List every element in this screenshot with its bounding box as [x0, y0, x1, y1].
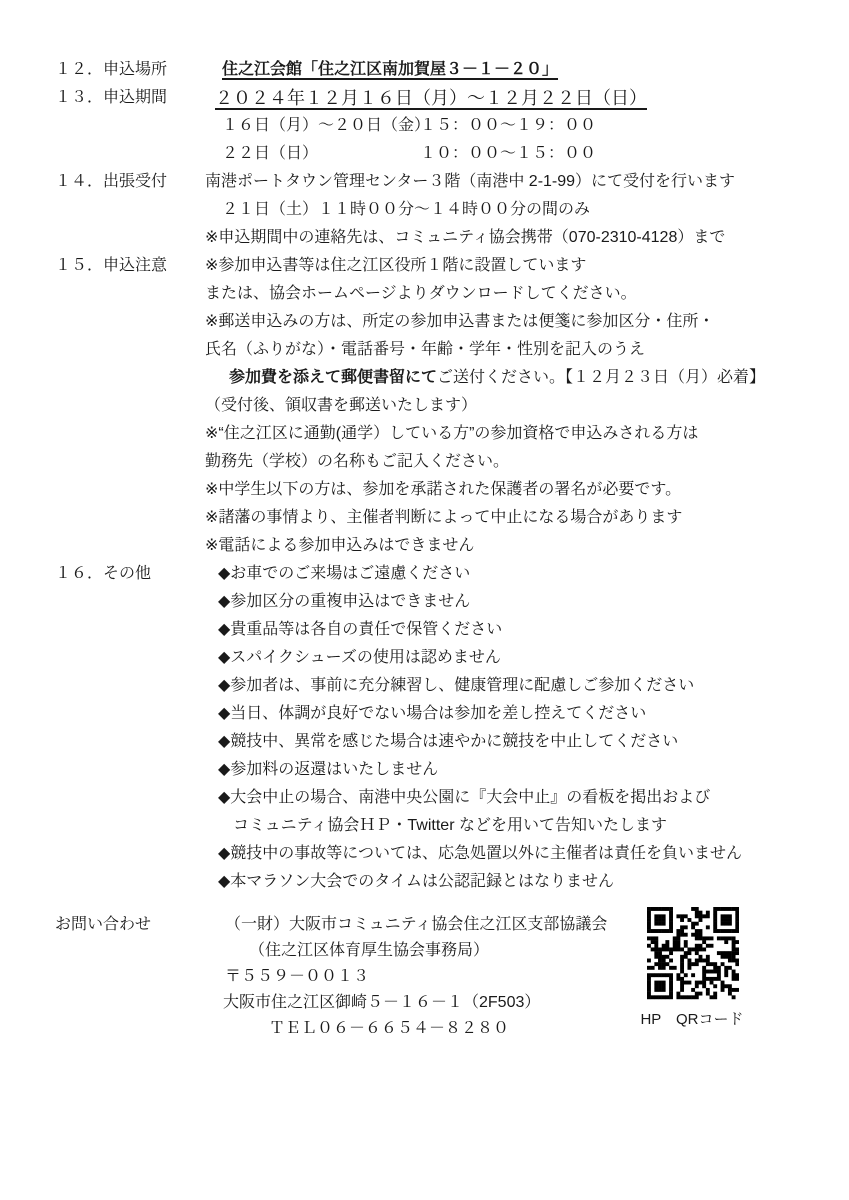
- text-segment: ◆参加者は、事前に充分練習し、健康管理に配慮しご参加ください: [218, 677, 694, 694]
- text-line: ◆参加区分の重複申込はできません: [205, 588, 819, 616]
- sections: １２．申込場所住之江会館「住之江区南加賀屋３－１－２０」１３．申込期間２０２４年…: [55, 56, 819, 896]
- text-line: または、協会ホームページよりダウンロードしてください。: [205, 280, 819, 308]
- text-line: 氏名（ふりがな）・電話番号・年齢・学年・性別を記入のうえ: [205, 336, 819, 364]
- qr-code-label: HP QRコード: [622, 1008, 762, 1029]
- text-line: ※諸藩の事情より、主催者判断によって中止になる場合があります: [205, 504, 819, 532]
- text-segment: コミュニティ協会ＨＰ・Twitter などを用いて告知いたします: [233, 817, 667, 834]
- text-line: ※中学生以下の方は、参加を承諾された保護者の署名が必要です。: [205, 476, 819, 504]
- section-content: 住之江会館「住之江区南加賀屋３－１－２０」: [205, 56, 819, 84]
- text-line: ※“住之江区に通勤(通学）している方”の参加資格で申込みされる方は: [205, 420, 819, 448]
- text-segment: ◆競技中の事故等については、応急処置以外に主催者は責任を負いません: [218, 845, 742, 862]
- text-line: ◆参加者は、事前に充分練習し、健康管理に配慮しご参加ください: [205, 672, 819, 700]
- text-segment: 大阪市住之江区御崎５－１６－１（2F503）: [223, 994, 540, 1011]
- qr-code-image: [647, 906, 739, 1000]
- text-segment: ◆大会中止の場合、南港中央公園に『大会中止』の看板を掲出および: [218, 789, 710, 806]
- text-line: ◆当日、体調が良好でない場合は参加を差し控えてください: [205, 700, 819, 728]
- text-line: コミュニティ協会ＨＰ・Twitter などを用いて告知いたします: [205, 812, 819, 840]
- text-segment: ２１日（土）１１時００分～１４時００分の間のみ: [222, 201, 590, 218]
- text-line: ◆お車でのご来場はご遠慮ください: [205, 560, 819, 588]
- text-line: ※参加申込書等は住之江区役所１階に設置しています: [205, 252, 819, 280]
- section-label: １４．出張受付: [55, 168, 205, 196]
- text-line: ◆本マラソン大会でのタイムは公認記録とはなりません: [205, 868, 819, 896]
- section-その他: １６．その他◆お車でのご来場はご遠慮ください◆参加区分の重複申込はできません◆貴…: [55, 560, 819, 896]
- text-line: 勤務先（学校）の名称もご記入ください。: [205, 448, 819, 476]
- section-content: 南港ポートタウン管理センター３階（南港中 2-1-99）にて受付を行います２１日…: [205, 168, 819, 252]
- text-segment: １０：００～１５：００: [420, 145, 596, 162]
- text-segment: ＴＥＬ０６－６６５４－８２８０: [269, 1020, 509, 1037]
- section-label: １６．その他: [55, 560, 205, 588]
- section-出張受付: １４．出張受付南港ポートタウン管理センター３階（南港中 2-1-99）にて受付を…: [55, 168, 819, 252]
- text-segment: ◆本マラソン大会でのタイムは公認記録とはなりません: [218, 873, 614, 890]
- text-segment: 参加費を添えて郵便書留にて: [229, 369, 437, 386]
- text-segment: ※郵送申込みの方は、所定の参加申込書または便箋に参加区分・住所・: [205, 313, 714, 330]
- contact-label: お問い合わせ: [55, 912, 205, 1042]
- text-segment: （受付後、領収書を郵送いたします）: [205, 397, 477, 414]
- text-line: ◆競技中の事故等については、応急処置以外に主催者は責任を負いません: [205, 840, 819, 868]
- text-segment: 勤務先（学校）の名称もご記入ください。: [205, 453, 509, 470]
- text-segment: １５：００～１９：００: [420, 117, 596, 134]
- text-segment: ※諸藩の事情より、主催者判断によって中止になる場合があります: [205, 509, 682, 526]
- text-segment: 〒５５９－００１３: [225, 968, 369, 985]
- document-page: １２．申込場所住之江会館「住之江区南加賀屋３－１－２０」１３．申込期間２０２４年…: [0, 0, 849, 1200]
- text-segment: ◆当日、体調が良好でない場合は参加を差し控えてください: [218, 705, 646, 722]
- text-segment: ※中学生以下の方は、参加を承諾された保護者の署名が必要です。: [205, 481, 681, 498]
- text-segment: ご送付ください。【１２月２３日（月）必着】: [437, 369, 765, 386]
- text-segment: ※“住之江区に通勤(通学）している方”の参加資格で申込みされる方は: [205, 425, 698, 442]
- text-segment: ２２日（日）: [222, 140, 420, 168]
- section-label: １３．申込期間: [55, 84, 205, 112]
- text-segment: 氏名（ふりがな）・電話番号・年齢・学年・性別を記入のうえ: [205, 341, 645, 358]
- text-segment: または、協会ホームページよりダウンロードしてください。: [205, 285, 637, 302]
- text-line: （受付後、領収書を郵送いたします）: [205, 392, 819, 420]
- text-segment: （一財）大阪市コミュニティ協会住之江区支部協議会: [225, 916, 607, 933]
- text-segment: 南港ポートタウン管理センター３階（南港中 2-1-99）にて受付を行います: [205, 173, 735, 190]
- section-label: １５．申込注意: [55, 252, 205, 280]
- text-line: ※申込期間中の連絡先は、コミュニティ協会携帯（070-2310-4128）まで: [205, 224, 819, 252]
- text-segment: ※申込期間中の連絡先は、コミュニティ協会携帯（070-2310-4128）まで: [205, 229, 725, 246]
- text-segment: ◆貴重品等は各自の責任で保管ください: [218, 621, 502, 638]
- text-segment: ２０２４年１２月１６日（月）～１２月２２日（日）: [215, 88, 647, 108]
- text-line: ２０２４年１２月１６日（月）～１２月２２日（日）: [205, 84, 819, 112]
- text-line: 住之江会館「住之江区南加賀屋３－１－２０」: [205, 56, 819, 84]
- section-label: １２．申込場所: [55, 56, 205, 84]
- section-申込場所: １２．申込場所住之江会館「住之江区南加賀屋３－１－２０」: [55, 56, 819, 84]
- section-content: ２０２４年１２月１６日（月）～１２月２２日（日）１６日（月）～２０日（金）１５：…: [205, 84, 819, 168]
- text-segment: ◆競技中、異常を感じた場合は速やかに競技を中止してください: [218, 733, 678, 750]
- text-line: ◆競技中、異常を感じた場合は速やかに競技を中止してください: [205, 728, 819, 756]
- text-segment: ※電話による参加申込みはできません: [205, 537, 474, 554]
- text-line: 参加費を添えて郵便書留にてご送付ください。【１２月２３日（月）必着】: [205, 364, 819, 392]
- text-line: ※郵送申込みの方は、所定の参加申込書または便箋に参加区分・住所・: [205, 308, 819, 336]
- section-content: ◆お車でのご来場はご遠慮ください◆参加区分の重複申込はできません◆貴重品等は各自…: [205, 560, 819, 896]
- text-segment: １６日（月）～２０日（金）: [222, 112, 420, 140]
- text-segment: ◆スパイクシューズの使用は認めません: [218, 649, 501, 666]
- text-line: ◆参加料の返還はいたしません: [205, 756, 819, 784]
- text-line: ◆大会中止の場合、南港中央公園に『大会中止』の看板を掲出および: [205, 784, 819, 812]
- qr-code-graphic: [647, 906, 739, 1000]
- text-line: １６日（月）～２０日（金）１５：００～１９：００: [205, 112, 819, 140]
- section-content: ※参加申込書等は住之江区役所１階に設置していますまたは、協会ホームページよりダウ…: [205, 252, 819, 560]
- text-line: ※電話による参加申込みはできません: [205, 532, 819, 560]
- text-line: ◆貴重品等は各自の責任で保管ください: [205, 616, 819, 644]
- text-segment: ※参加申込書等は住之江区役所１階に設置しています: [205, 257, 586, 274]
- text-line: ２１日（土）１１時００分～１４時００分の間のみ: [205, 196, 819, 224]
- text-line: ◆スパイクシューズの使用は認めません: [205, 644, 819, 672]
- text-segment: ◆お車でのご来場はご遠慮ください: [218, 565, 470, 582]
- text-line: 南港ポートタウン管理センター３階（南港中 2-1-99）にて受付を行います: [205, 168, 819, 196]
- section-申込注意: １５．申込注意※参加申込書等は住之江区役所１階に設置していますまたは、協会ホーム…: [55, 252, 819, 560]
- text-line: ２２日（日）１０：００～１５：００: [205, 140, 819, 168]
- text-segment: ◆参加料の返還はいたしません: [218, 761, 438, 778]
- text-segment: 住之江会館「住之江区南加賀屋３－１－２０」: [222, 61, 558, 78]
- section-申込期間: １３．申込期間２０２４年１２月１６日（月）～１２月２２日（日）１６日（月）～２０…: [55, 84, 819, 168]
- text-segment: （住之江区体育厚生協会事務局）: [249, 942, 489, 959]
- text-segment: ◆参加区分の重複申込はできません: [218, 593, 470, 610]
